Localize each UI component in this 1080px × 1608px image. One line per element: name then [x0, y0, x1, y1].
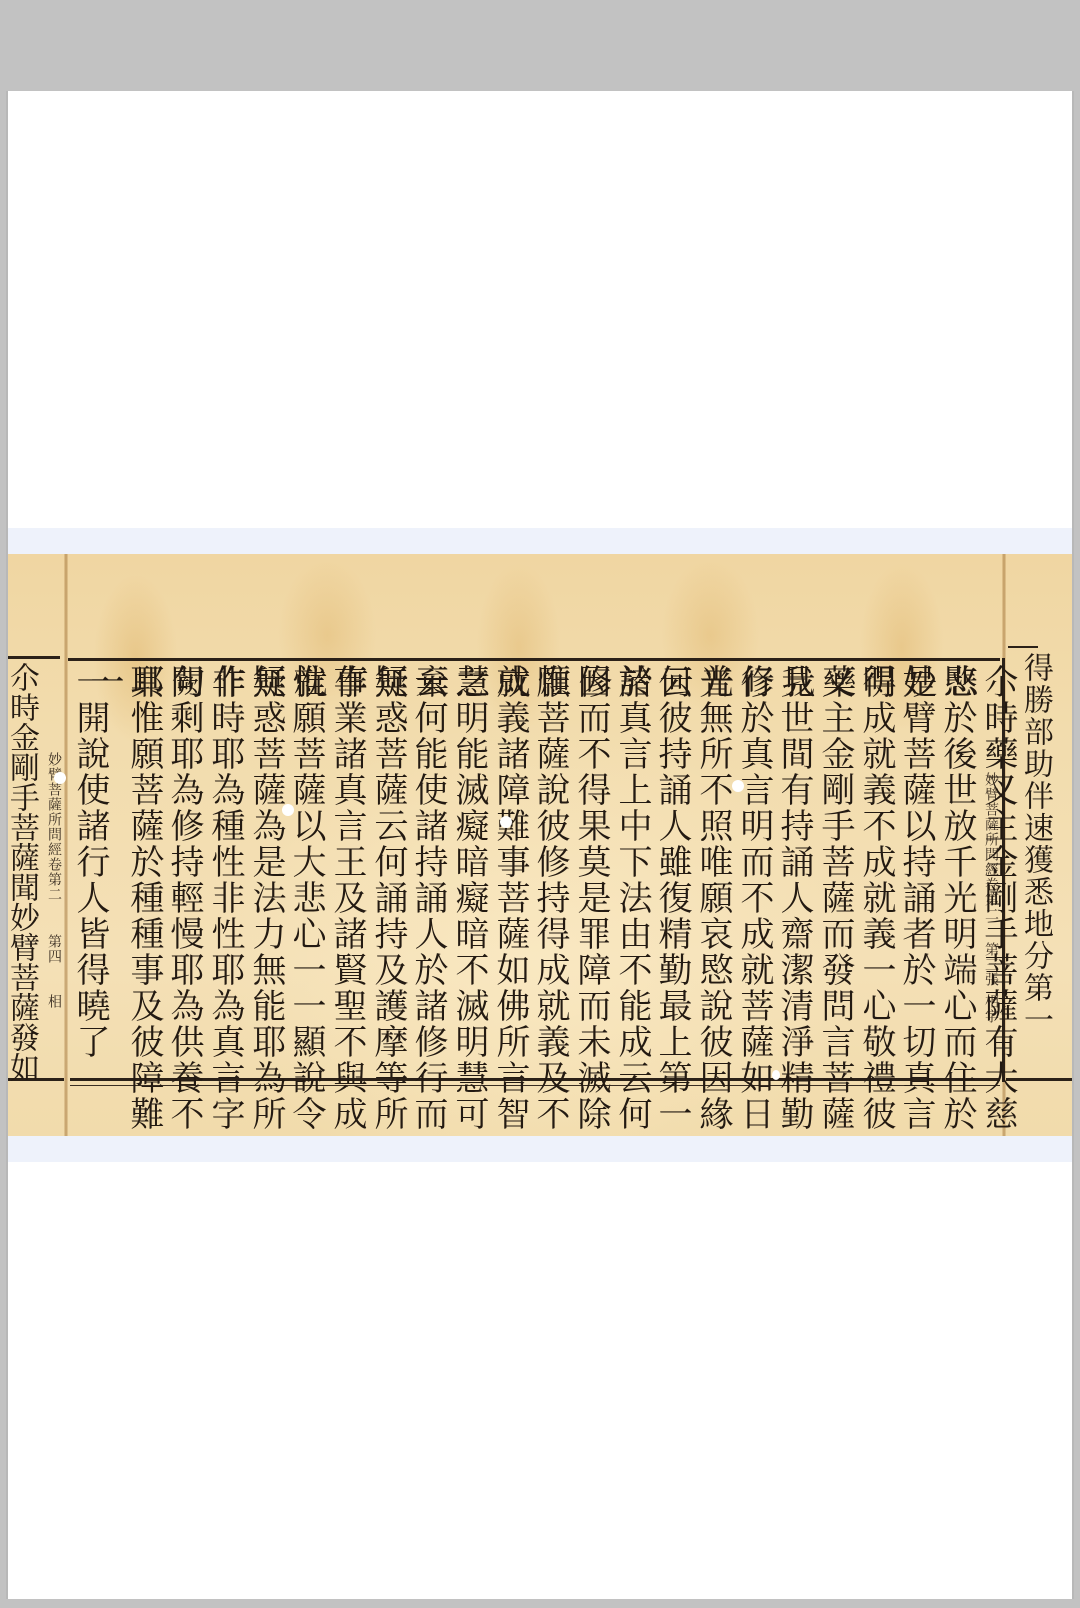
left-edge-text-column: 尒時金剛手菩薩聞妙臂菩薩發如: [8, 662, 35, 1082]
left-margin-sheet-number: 第四: [46, 934, 62, 964]
title-frame-top: [1008, 646, 1038, 648]
text-column-23: 一開說使諸行人皆得曉了: [70, 664, 110, 1060]
paper-hole: [732, 780, 744, 792]
paper-hole: [772, 1070, 780, 1080]
paper-hole: [54, 772, 66, 784]
scanned-document: 得勝部助伴速獲悉地分第一 妙臂菩薩所問經卷第二 第三張 相字 尒時藥叉主金剛手菩…: [8, 528, 1072, 1162]
left-margin-carver-mark: 相: [46, 994, 62, 1009]
paper-hole: [282, 804, 294, 816]
left-fold-line: [64, 554, 68, 1136]
chapter-title: 得勝部助伴速獲悉地分第一: [1018, 652, 1052, 1036]
sutra-paper-sheet: 得勝部助伴速獲悉地分第一 妙臂菩薩所問經卷第二 第三張 相字 尒時藥叉主金剛手菩…: [8, 554, 1072, 1136]
frame-top-border: [68, 658, 1000, 661]
paper-hole: [500, 816, 512, 828]
left-frame-top-border: [8, 656, 60, 659]
